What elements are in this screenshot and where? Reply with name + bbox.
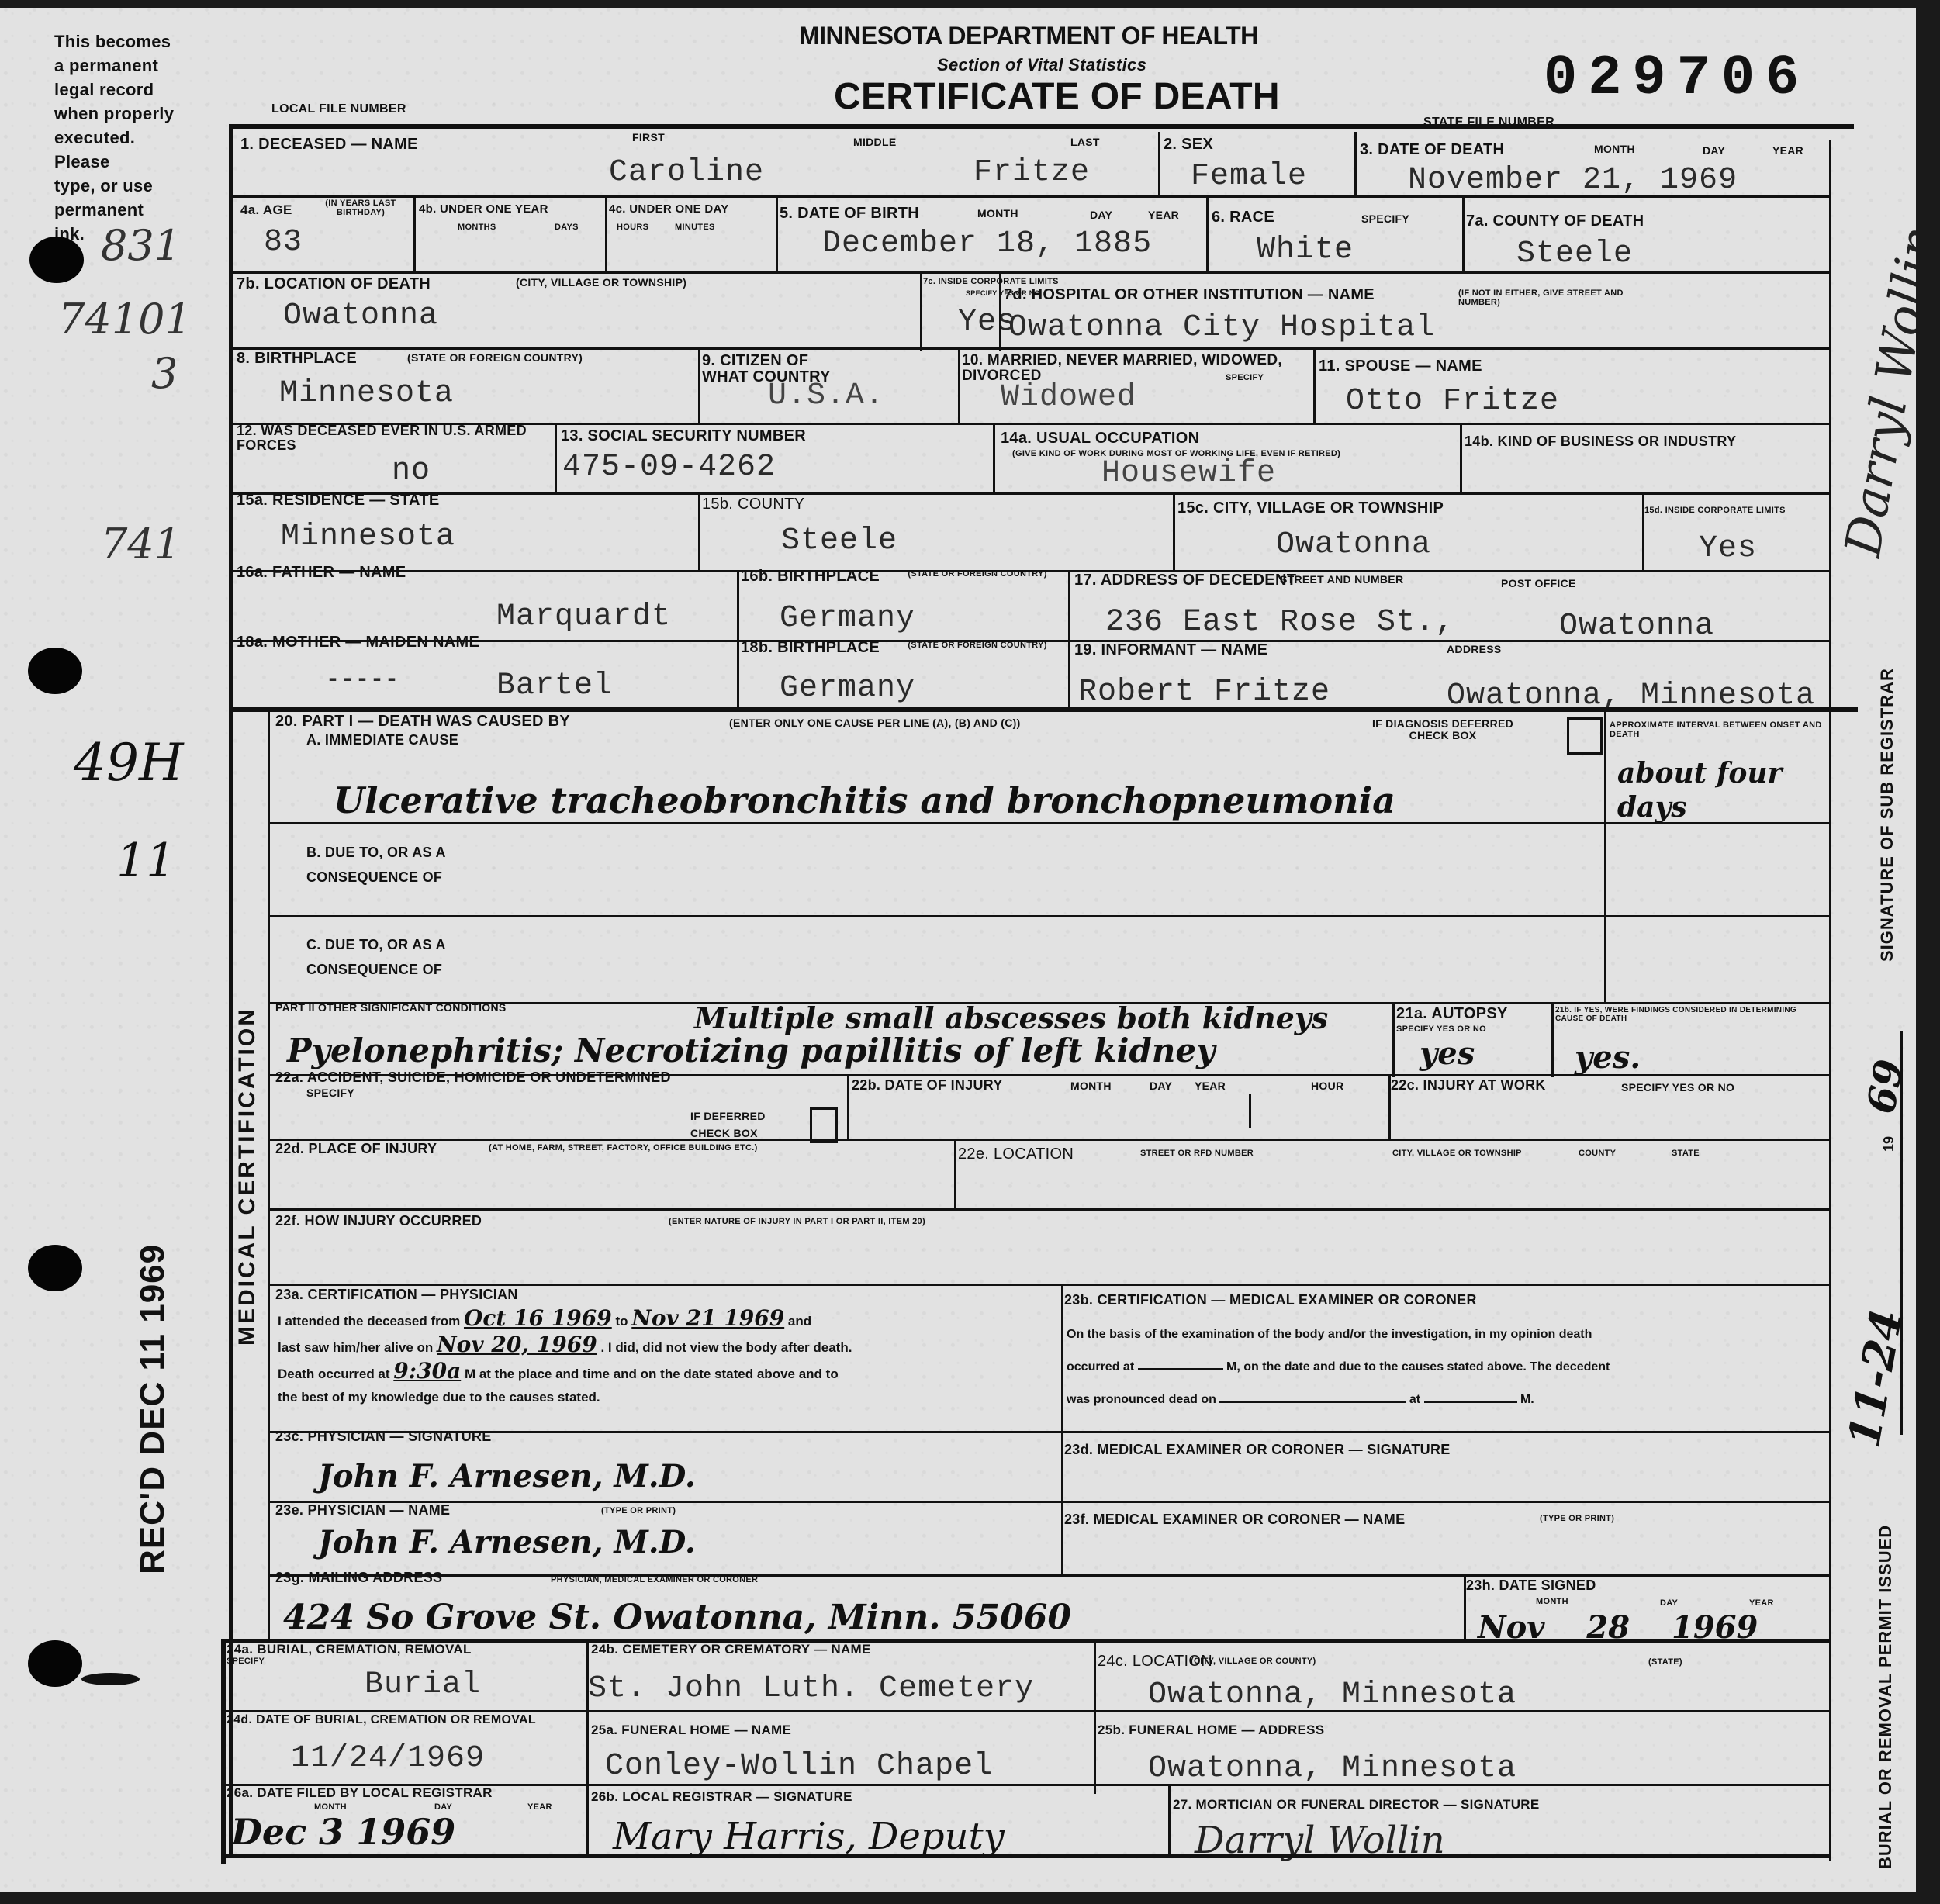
marital-specify-label: SPECIFY (1226, 374, 1264, 383)
cause-a-label: A. IMMEDIATE CAUSE (306, 733, 458, 748)
row-line (268, 1574, 1829, 1577)
me-cert-text-line: On the basis of the examination of the b… (1067, 1318, 1827, 1351)
date-filed-label: 26a. DATE FILED BY LOCAL REGISTRAR (227, 1786, 493, 1800)
date-signed-day-label: DAY (1660, 1599, 1678, 1609)
informant-label: 19. INFORMANT — NAME (1074, 642, 1267, 658)
permit-year-value: 69 (1858, 1056, 1912, 1117)
row-line (268, 822, 1829, 824)
cemetery-value: St. John Luth. Cemetery (588, 1671, 1034, 1706)
divider (958, 349, 960, 425)
form-right-border (1829, 140, 1831, 1861)
row-line (229, 195, 1829, 198)
part1-instructions: (ENTER ONLY ONE CAUSE PER LINE (A), (B) … (729, 717, 1021, 729)
funeral-home-value: Conley-Wollin Chapel (605, 1749, 993, 1784)
armed-forces-label: 12. WAS DECEASED EVER IN U.S. ARMED FORC… (237, 423, 555, 453)
informant-address-label: ADDRESS (1447, 644, 1502, 655)
margin-line: This becomes (54, 29, 209, 54)
age-sublabel: (IN YEARS LAST BIRTHDAY) (314, 199, 407, 217)
physician-signature-label: 23c. PHYSICIAN — SIGNATURE (275, 1429, 492, 1444)
accident-specify-label: SPECIFY (306, 1087, 354, 1099)
mailing-address-label: 23g. MAILING ADDRESS (275, 1571, 442, 1585)
row-line (268, 1139, 1829, 1141)
divider (698, 349, 700, 425)
race-specify-label: SPECIFY (1361, 213, 1409, 225)
how-injury-sublabel: (ENTER NATURE OF INJURY IN PART I OR PAR… (669, 1218, 925, 1227)
residence-county-label: 15b. COUNTY (702, 496, 804, 513)
punch-hole (28, 1640, 82, 1687)
if-deferred-label: IF DEFERRED CHECK BOX (690, 1107, 776, 1142)
divider (1173, 494, 1175, 570)
location-of-death-sublabel: (CITY, VILLAGE OR TOWNSHIP) (516, 277, 686, 289)
mother-name-label: 18a. MOTHER — MAIDEN NAME (237, 634, 479, 651)
row-line (268, 1208, 1829, 1211)
cert-text: Death occurred at (278, 1367, 390, 1381)
disposition-date-label: 24d. DATE OF BURIAL, CREMATION OR REMOVA… (227, 1714, 568, 1727)
divider (1158, 132, 1160, 198)
disposition-left-border (221, 1639, 226, 1864)
date-filed-value: Dec 3 1969 (231, 1811, 455, 1853)
section-line (229, 707, 1858, 712)
date-of-death-label: 3. DATE OF DEATH (1360, 142, 1504, 158)
permit-year-prefix: 19 (1881, 1136, 1897, 1152)
me-cert-text-line: occurred at (1067, 1360, 1134, 1374)
injury-date-label: 22b. DATE OF INJURY (852, 1078, 1003, 1093)
punch-hole (28, 648, 82, 694)
form-left-border (229, 124, 233, 1857)
autopsy-sublabel: SPECIFY YES OR NO (1396, 1025, 1486, 1035)
dob-month-label: MONTH (977, 208, 1018, 219)
ink-mark (81, 1673, 140, 1685)
business-label: 14b. KIND OF BUSINESS OR INDUSTRY (1465, 434, 1736, 449)
cert-text: the best of my knowledge due to the caus… (278, 1390, 600, 1405)
divider (993, 423, 995, 494)
me-pronounced-time-blank[interactable] (1424, 1387, 1517, 1403)
me-time-blank[interactable] (1138, 1354, 1223, 1370)
place-of-injury-sublabel: (AT HOME, FARM, STREET, FACTORY, OFFICE … (489, 1144, 892, 1153)
occupation-label: 14a. USUAL OCCUPATION (1001, 430, 1199, 447)
spouse-label: 11. SPOUSE — NAME (1319, 358, 1482, 375)
father-birthplace-sublabel: (STATE OR FOREIGN COUNTRY) (900, 570, 1055, 579)
me-cert-text-line: was pronounced dead on (1067, 1393, 1216, 1406)
row-line (268, 1284, 1829, 1286)
mortician-label: 27. MORTICIAN OR FUNERAL DIRECTOR — SIGN… (1173, 1798, 1540, 1812)
death-time-value: 9:30a (393, 1358, 461, 1384)
cert-text: I attended the deceased from (278, 1314, 460, 1329)
me-signature-label: 23d. MEDICAL EXAMINER OR CORONER — SIGNA… (1064, 1443, 1451, 1457)
permit-issued-label: BURIAL OR REMOVAL PERMIT ISSUED (1876, 1525, 1896, 1869)
autopsy-value: yes (1420, 1035, 1475, 1072)
inside-limits-label: 7c. INSIDE CORPORATE LIMITS (923, 278, 1059, 287)
punch-hole (29, 237, 84, 283)
date-signed-month-label: MONTH (1536, 1598, 1568, 1607)
row-line (221, 1710, 1829, 1712)
age-label: 4a. AGE (240, 203, 292, 217)
divider (776, 198, 778, 271)
cert-text: . I did, did not view the body after dea… (600, 1340, 852, 1355)
injury-county-label: COUNTY (1579, 1149, 1616, 1159)
divider (1460, 423, 1462, 494)
cert-text: and (788, 1314, 811, 1329)
attended-from-value: Oct 16 1969 (464, 1305, 612, 1331)
margin-line: permanent (54, 198, 209, 222)
injury-location-label: 22e. LOCATION (958, 1146, 1074, 1163)
cause-c-label: C. DUE TO, OR AS A CONSEQUENCE OF (306, 932, 485, 982)
dob-value: December 18, 1885 (822, 226, 1152, 261)
form-top-border (229, 124, 1854, 129)
diagnosis-deferred-checkbox[interactable] (1567, 717, 1603, 755)
days-label: DAYS (555, 223, 579, 233)
citizen-value: U.S.A. (768, 378, 884, 413)
address-po-value: Owatonna (1559, 609, 1714, 644)
part1-label: 20. PART I — DEATH WAS CAUSED BY (275, 714, 570, 730)
mother-birthplace-value: Germany (780, 671, 915, 706)
county-of-death-value: Steele (1516, 237, 1633, 271)
ssn-label: 13. SOCIAL SECURITY NUMBER (561, 428, 806, 444)
date-signed-year-label: YEAR (1749, 1599, 1774, 1609)
month-label: MONTH (1594, 143, 1635, 155)
punch-hole (28, 1245, 82, 1291)
location-of-death-value: Owatonna (283, 299, 438, 333)
page-title: CERTIFICATE OF DEATH (834, 78, 1280, 116)
county-of-death-label: 7a. COUNTY OF DEATH (1466, 213, 1644, 230)
scan-bottom-edge (0, 1892, 1940, 1904)
me-cert-label: 23b. CERTIFICATION — MEDICAL EXAMINER OR… (1064, 1293, 1477, 1308)
me-cert-text-line: at (1409, 1393, 1420, 1406)
burial-location-value: Owatonna, Minnesota (1148, 1678, 1516, 1712)
injury-hour-label: HOUR (1311, 1080, 1343, 1092)
part2-line2-value: Pyelonephritis; Necrotizing papillitis o… (287, 1031, 1216, 1069)
mother-first-value: ----- (326, 667, 399, 693)
form-bottom-border (221, 1854, 1829, 1858)
interval-label: APPROXIMATE INTERVAL BETWEEN ONSET AND D… (1610, 721, 1827, 739)
street-rfd-label: STREET OR RFD NUMBER (1140, 1149, 1254, 1159)
row-line (229, 492, 1829, 495)
pencil-note: 741 (101, 520, 181, 568)
interval-divider (1604, 710, 1606, 1004)
me-name-label: 23f. MEDICAL EXAMINER OR CORONER — NAME (1064, 1512, 1405, 1527)
row-line (229, 271, 1829, 274)
physician-type-print-label: (TYPE OR PRINT) (601, 1507, 676, 1516)
residence-county-value: Steele (781, 524, 897, 558)
mailing-address-value: 424 So Grove St. Owatonna, Minn. 55060 (283, 1598, 1071, 1637)
residence-state-value: Minnesota (281, 520, 455, 555)
margin-line: a permanent (54, 54, 209, 78)
funeral-home-label: 25a. FUNERAL HOME — NAME (591, 1723, 791, 1737)
received-stamp: REC'D DEC 11 1969 (133, 1244, 172, 1574)
dob-label: 5. DATE OF BIRTH (780, 206, 919, 222)
row-line (268, 1431, 1829, 1433)
father-birthplace-value: Germany (780, 601, 915, 636)
findings-label: 21b. IF YES, WERE FINDINGS CONSIDERED IN… (1555, 1007, 1823, 1023)
months-label: MONTHS (458, 223, 496, 233)
margin-line: Please (54, 150, 209, 174)
divider (605, 198, 607, 271)
cause-a-value: Ulcerative tracheobronchitis and broncho… (334, 779, 1395, 821)
birthplace-value: Minnesota (279, 376, 454, 411)
residence-city-value: Owatonna (1276, 527, 1431, 562)
dob-year-label: YEAR (1148, 209, 1179, 221)
residence-inside-value: Yes (1699, 531, 1757, 566)
interval-a-value: about four days (1617, 756, 1827, 824)
disposition-method-value: Burial (365, 1667, 481, 1702)
race-label: 6. RACE (1212, 209, 1274, 226)
me-cert-text: On the basis of the examination of the b… (1067, 1318, 1827, 1416)
me-cert-text-line: M. (1520, 1393, 1534, 1406)
diagnosis-deferred-label: IF DIAGNOSIS DEFERRED CHECK BOX (1361, 718, 1524, 741)
injury-city-label: CITY, VILLAGE OR TOWNSHIP (1392, 1149, 1522, 1159)
margin-line: executed. (54, 126, 209, 150)
scan-right-edge (1916, 0, 1940, 1904)
date-signed-label: 23h. DATE SIGNED (1466, 1578, 1596, 1593)
disposition-method-label: 24a. BURIAL, CREMATION, REMOVAL (227, 1643, 472, 1657)
hospital-label: 7d. HOSPITAL OR OTHER INSTITUTION — NAME (1004, 287, 1375, 303)
pencil-note: 3 (151, 349, 178, 398)
year-label: YEAR (1772, 145, 1803, 157)
divider (847, 1074, 849, 1140)
injury-day-label: DAY (1150, 1080, 1172, 1092)
findings-value: yes. (1575, 1039, 1641, 1076)
cert-text: M at the place and time and on the date … (465, 1367, 839, 1381)
how-injury-label: 22f. HOW INJURY OCCURRED (275, 1214, 482, 1228)
pencil-note: 74101 (58, 295, 192, 344)
last-name-label: LAST (1070, 136, 1100, 148)
pencil-note: 11 (116, 834, 175, 888)
pencil-note: 49H (74, 733, 184, 793)
under-one-day-label: 4c. UNDER ONE DAY (609, 203, 729, 216)
inside-limits-value: Yes (958, 305, 1016, 340)
divider (999, 273, 1001, 351)
part2-line1-value: Multiple small abscesses both kidneys (694, 1000, 1328, 1035)
divider (1094, 1639, 1096, 1794)
injury-work-label: 22c. INJURY AT WORK (1391, 1078, 1546, 1093)
margin-line: type, or use (54, 174, 209, 198)
registrar-signature: Mary Harris, Deputy (613, 1815, 1005, 1858)
dob-day-label: DAY (1090, 209, 1112, 221)
divider (1551, 1002, 1554, 1077)
part2-label: PART II OTHER SIGNIFICANT CONDITIONS (275, 1002, 507, 1014)
injury-work-sublabel: SPECIFY YES OR NO (1621, 1082, 1734, 1094)
margin-instructions: This becomes a permanent legal record wh… (54, 29, 209, 246)
burial-state-sublabel: (STATE) (1648, 1658, 1682, 1667)
me-date-blank[interactable] (1219, 1387, 1406, 1403)
accident-label: 22a. ACCIDENT, SUICIDE, HOMICIDE OR UNDE… (275, 1070, 671, 1085)
divider (413, 198, 416, 271)
first-name-value: Caroline (609, 155, 764, 190)
marital-status-value: Widowed (1001, 380, 1136, 415)
attended-to-value: Nov 21 1969 (631, 1305, 784, 1331)
father-name-value: Marquardt (496, 600, 671, 634)
last-name-value: Fritze (973, 155, 1090, 190)
medical-certification-label: MEDICAL CERTIFICATION (234, 1007, 261, 1346)
row-line (229, 347, 1829, 350)
spouse-value: Otto Fritze (1346, 384, 1559, 419)
autopsy-label: 21a. AUTOPSY (1396, 1006, 1508, 1022)
funeral-address-value: Owatonna, Minnesota (1148, 1751, 1516, 1786)
certificate-paper: This becomes a permanent legal record wh… (0, 0, 1916, 1904)
injury-year-label: YEAR (1195, 1080, 1226, 1092)
divider (1313, 349, 1316, 425)
margin-line: legal record (54, 78, 209, 102)
informant-name-value: Robert Fritze (1078, 675, 1330, 710)
physician-cert-text: I attended the deceased from Oct 16 1969… (278, 1307, 1061, 1409)
date-of-death-value: November 21, 1969 (1408, 163, 1738, 198)
row-line (268, 915, 1829, 917)
post-office-label: POST OFFICE (1501, 578, 1576, 589)
occupation-value: Housewife (1101, 456, 1276, 491)
divider (1392, 1002, 1395, 1077)
address-label: 17. ADDRESS OF DECEDENT (1074, 572, 1296, 589)
day-label: DAY (1703, 145, 1725, 157)
physician-cert-label: 23a. CERTIFICATION — PHYSICIAN (275, 1287, 518, 1302)
birthplace-sublabel: (STATE OR FOREIGN COUNTRY) (407, 352, 583, 364)
minutes-label: MINUTES (675, 223, 715, 233)
divider (1354, 132, 1357, 198)
residence-city-label: 15c. CITY, VILLAGE OR TOWNSHIP (1177, 500, 1444, 517)
me-cert-text-line: M, on the date and due to the causes sta… (1226, 1360, 1610, 1374)
name-label: 1. DECEASED — NAME (240, 136, 418, 153)
divider (920, 273, 922, 351)
address-street-value: 236 East Rose St., (1105, 605, 1454, 640)
physician-signature: John F. Arnesen, M.D. (318, 1458, 696, 1495)
injury-month-label: MONTH (1070, 1080, 1112, 1092)
place-of-injury-label: 22d. PLACE OF INJURY (275, 1142, 437, 1156)
divider (1249, 1094, 1251, 1128)
first-name-label: FIRST (632, 132, 665, 143)
cemetery-label: 24b. CEMETERY OR CREMATORY — NAME (591, 1643, 871, 1657)
father-birthplace-label: 16b. BIRTHPLACE (741, 568, 880, 585)
margin-line: when properly (54, 102, 209, 126)
residence-inside-label: 15d. INSIDE CORPORATE LIMITS (1644, 506, 1786, 516)
divider (954, 1139, 956, 1208)
state-file-number: 029706 (1544, 47, 1810, 110)
father-name-label: 16a. FATHER — NAME (237, 565, 406, 581)
birthplace-label: 8. BIRTHPLACE (237, 351, 357, 367)
cert-text: to (615, 1314, 628, 1329)
sub-registrar-label: SIGNATURE OF SUB REGISTRAR (1877, 668, 1897, 962)
mother-birthplace-label: 18b. BIRTHPLACE (741, 640, 880, 656)
hospital-value: Owatonna City Hospital (1008, 310, 1435, 345)
mailing-address-sublabel: PHYSICIAN, MEDICAL EXAMINER OR CORONER (551, 1576, 758, 1585)
divider (555, 423, 557, 494)
hours-label: HOURS (617, 223, 648, 233)
funeral-address-label: 25b. FUNERAL HOME — ADDRESS (1098, 1723, 1324, 1737)
age-value: 83 (264, 225, 303, 260)
mother-birthplace-sublabel: (STATE OR FOREIGN COUNTRY) (900, 641, 1055, 651)
scan-top-edge (0, 0, 1940, 8)
race-value: White (1257, 233, 1354, 268)
row-line (268, 1501, 1829, 1503)
armed-forces-value: no (392, 454, 431, 489)
filed-year-label: YEAR (527, 1803, 552, 1812)
last-seen-value: Nov 20, 1969 (437, 1332, 597, 1357)
injury-state-label: STATE (1672, 1149, 1700, 1159)
department-heading: MINNESOTA DEPARTMENT OF HEALTH (799, 23, 1258, 50)
disposition-method-sublabel: SPECIFY (227, 1657, 265, 1667)
location-of-death-label: 7b. LOCATION OF DEATH (237, 276, 431, 292)
divider (1168, 1784, 1171, 1854)
divider (1061, 1284, 1063, 1574)
cause-b-label: B. DUE TO, OR AS A CONSEQUENCE OF (306, 840, 485, 890)
mother-name-value: Bartel (496, 669, 613, 703)
street-number-label: STREET AND NUMBER (1280, 574, 1403, 586)
under-one-year-label: 4b. UNDER ONE YEAR (419, 203, 548, 216)
me-type-print-label: (TYPE OR PRINT) (1540, 1515, 1614, 1524)
physician-name-value: John F. Arnesen, M.D. (318, 1524, 696, 1560)
pencil-note: 831 (101, 221, 181, 270)
sex-value: Female (1191, 159, 1307, 194)
hospital-sublabel: (IF NOT IN EITHER, GIVE STREET AND NUMBE… (1458, 289, 1637, 307)
divider (698, 494, 700, 570)
divider (1206, 198, 1209, 271)
burial-location-sublabel: (CITY, VILLAGE OR COUNTY) (1191, 1657, 1316, 1667)
local-file-number-label: LOCAL FILE NUMBER (271, 103, 406, 116)
divider (1462, 198, 1465, 271)
physician-name-label: 23e. PHYSICIAN — NAME (275, 1503, 450, 1518)
residence-state-label: 15a. RESIDENCE — STATE (237, 492, 439, 509)
disposition-date-value: 11/24/1969 (291, 1741, 485, 1776)
section-heading: Section of Vital Statistics (937, 56, 1146, 74)
cert-text: last saw him/her alive on (278, 1340, 433, 1355)
sex-label: 2. SEX (1164, 136, 1213, 153)
middle-name-label: MIDDLE (853, 136, 896, 148)
ssn-value: 475-09-4262 (562, 450, 776, 485)
registrar-signature-label: 26b. LOCAL REGISTRAR — SIGNATURE (591, 1790, 852, 1804)
